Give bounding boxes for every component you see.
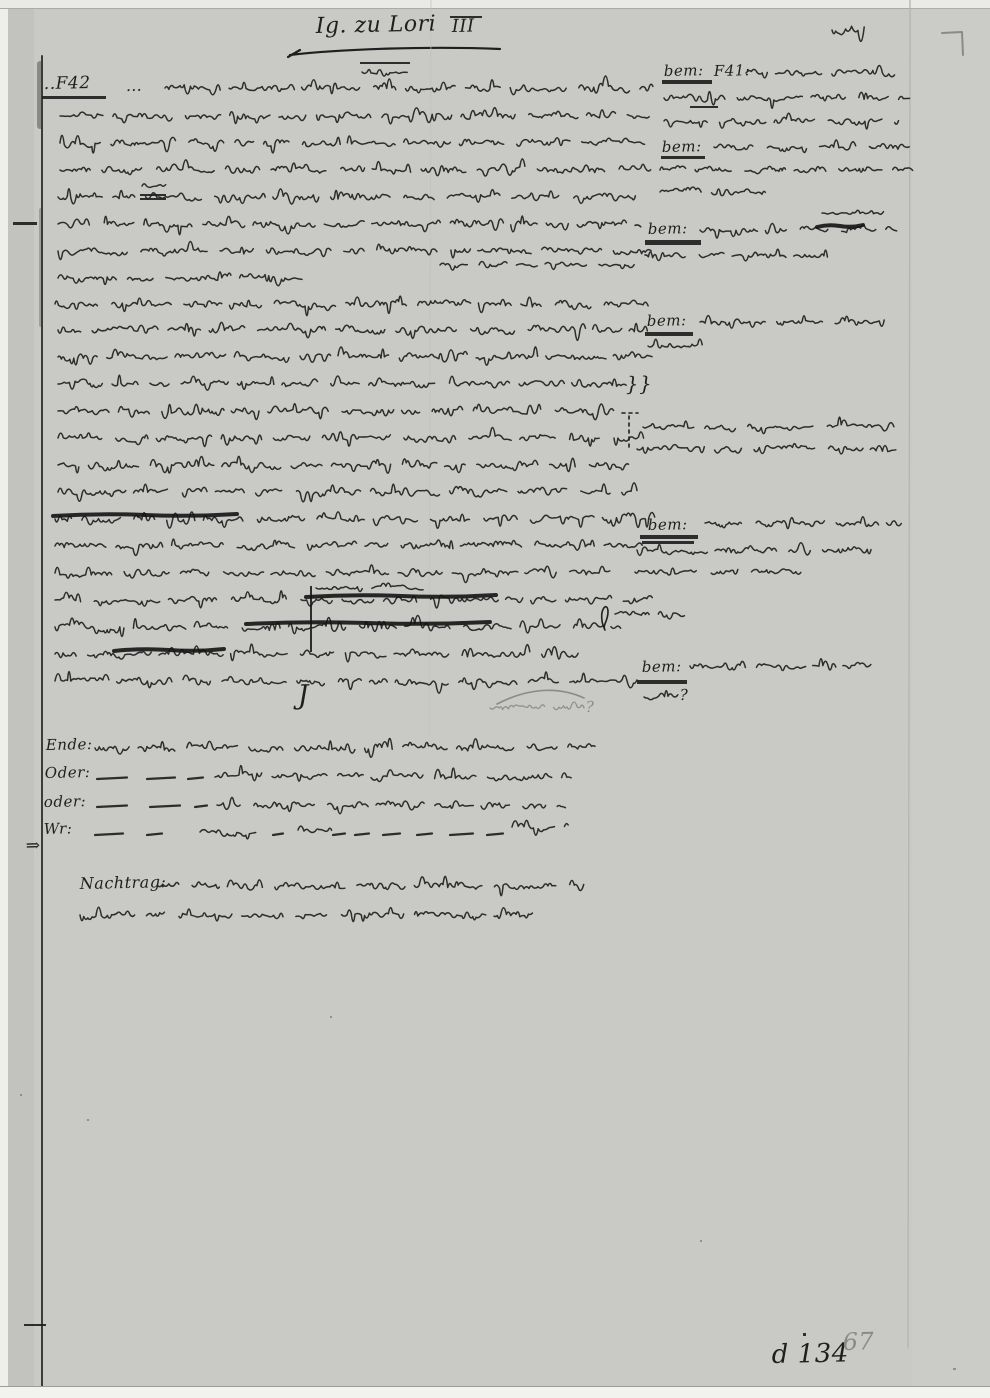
rule-mark — [20, 1094, 22, 1096]
script-line — [490, 702, 584, 710]
ditto-dash — [355, 834, 369, 836]
rule-mark — [642, 541, 694, 544]
rule-mark — [645, 332, 693, 336]
script-line — [664, 92, 910, 109]
bem-label-3: bem: — [648, 221, 688, 237]
script-line — [142, 184, 166, 187]
rule-mark — [13, 222, 37, 225]
script-line — [645, 249, 827, 261]
script-line — [644, 691, 678, 700]
script-line — [746, 65, 895, 77]
rule-mark — [662, 80, 712, 84]
script-line — [158, 876, 584, 895]
ditto-dash — [95, 834, 123, 836]
rule-mark — [637, 680, 687, 684]
ditto-dash — [273, 834, 283, 836]
strikethrough — [114, 649, 224, 651]
ditto-dash — [195, 806, 207, 808]
script-line — [615, 611, 684, 618]
script-line — [832, 26, 864, 41]
fold-line — [908, 0, 910, 1348]
ref-f41: F41: — [714, 63, 751, 79]
strikethrough — [53, 514, 237, 516]
ditto-dash — [188, 778, 203, 780]
ende-label: Ende: — [46, 737, 93, 753]
script-line — [362, 70, 407, 76]
ditto-dash — [97, 806, 127, 808]
ditto-dash — [450, 834, 473, 836]
ditto-dash — [147, 834, 162, 836]
script-line — [58, 272, 302, 286]
pencil-question: ? — [586, 700, 595, 715]
script-line — [60, 159, 651, 176]
ditto-dash — [147, 778, 175, 780]
title-underline — [288, 48, 500, 57]
script-line — [55, 644, 578, 662]
folio-code: ..F42 — [44, 75, 91, 93]
script-line — [660, 166, 913, 174]
title-numeral: III — [452, 18, 475, 36]
shelfmark-67: 67 — [842, 1329, 874, 1354]
rule-mark — [140, 194, 166, 196]
script-line — [58, 189, 635, 204]
bem-label-2: bem: — [662, 139, 702, 155]
bem-label-6: bem: — [642, 659, 682, 675]
script-line — [714, 140, 909, 152]
script-line — [165, 76, 653, 95]
nachtrag-label: Nachtrag: — [80, 874, 167, 892]
script-line — [55, 296, 648, 315]
bem-label-5: bem: — [648, 517, 688, 533]
strikethrough — [817, 225, 863, 227]
script-line — [58, 242, 651, 260]
script-line — [55, 539, 642, 555]
double-brace: }} — [626, 373, 653, 394]
rule-mark — [87, 1119, 89, 1121]
rule-mark — [803, 1333, 806, 1336]
script-line — [58, 483, 637, 502]
gamma-mark — [942, 32, 963, 55]
script-line — [705, 517, 901, 529]
shelfmark-d134: d 134 — [771, 1340, 849, 1368]
script-line — [200, 830, 256, 839]
ellipsis-mark: … — [126, 78, 143, 94]
ditto-dash — [487, 834, 503, 836]
oder-label-1: Oder: — [45, 765, 91, 781]
strikethrough — [246, 622, 490, 624]
margin-bracket-dashed — [622, 413, 638, 450]
wr-label: Wr: — [44, 821, 73, 837]
script-line — [440, 262, 634, 271]
script-line — [822, 210, 883, 214]
flourish-j: J — [297, 682, 309, 709]
handwriting-layer — [0, 0, 990, 1398]
rule-mark — [42, 96, 106, 99]
rule-mark — [330, 1016, 332, 1018]
script-line — [95, 738, 595, 757]
script-line — [316, 583, 423, 591]
script-line — [637, 444, 896, 454]
script-line — [700, 316, 884, 329]
rule-mark — [700, 1240, 702, 1242]
ditto-dash — [97, 778, 127, 780]
script-line — [58, 456, 629, 473]
script-line — [700, 224, 897, 238]
script-line — [58, 375, 626, 390]
title-text: Ig. zu Lori — [316, 13, 437, 38]
script-line — [690, 659, 871, 671]
paper-bottom-edge — [0, 1386, 990, 1398]
rule-mark — [690, 106, 718, 108]
ditto-dash — [333, 834, 345, 836]
script-line — [55, 565, 610, 583]
bem-label-4: bem: — [647, 313, 687, 329]
script-line — [58, 347, 652, 365]
script-line — [637, 543, 871, 556]
rule-mark — [640, 535, 698, 539]
script-line — [660, 187, 765, 196]
script-line — [60, 135, 645, 152]
strikethrough — [306, 595, 496, 597]
oder-label-2: oder: — [44, 794, 87, 810]
script-line — [58, 404, 614, 420]
pencil-curve — [497, 690, 584, 704]
ditto-dash — [383, 834, 400, 836]
rule-mark — [661, 156, 705, 159]
script-line — [512, 820, 568, 835]
bem-label-1: bem: — [664, 63, 704, 79]
rule-mark — [24, 1324, 46, 1326]
ditto-dash — [417, 834, 432, 836]
script-line — [60, 108, 649, 124]
script-line — [58, 322, 647, 340]
script-line — [648, 339, 702, 348]
ditto-dash — [150, 806, 180, 808]
script-line — [58, 216, 641, 235]
scanned-manuscript-page: Ig. zu LoriIII..F42…}}J?Ende:Oder:oder:W… — [0, 0, 990, 1398]
rule-mark — [645, 240, 701, 245]
rule-mark — [953, 1368, 956, 1370]
margin-question: ? — [680, 688, 689, 703]
wr-arrow: ⇒ — [26, 838, 41, 855]
script-line — [664, 113, 899, 129]
script-line — [80, 907, 532, 921]
rule-mark — [360, 62, 410, 64]
script-line — [643, 417, 894, 433]
script-line — [215, 766, 571, 782]
script-line — [55, 615, 621, 636]
script-line — [635, 568, 801, 575]
script-line — [217, 797, 565, 813]
script-line — [58, 428, 644, 447]
script-line — [298, 826, 332, 832]
